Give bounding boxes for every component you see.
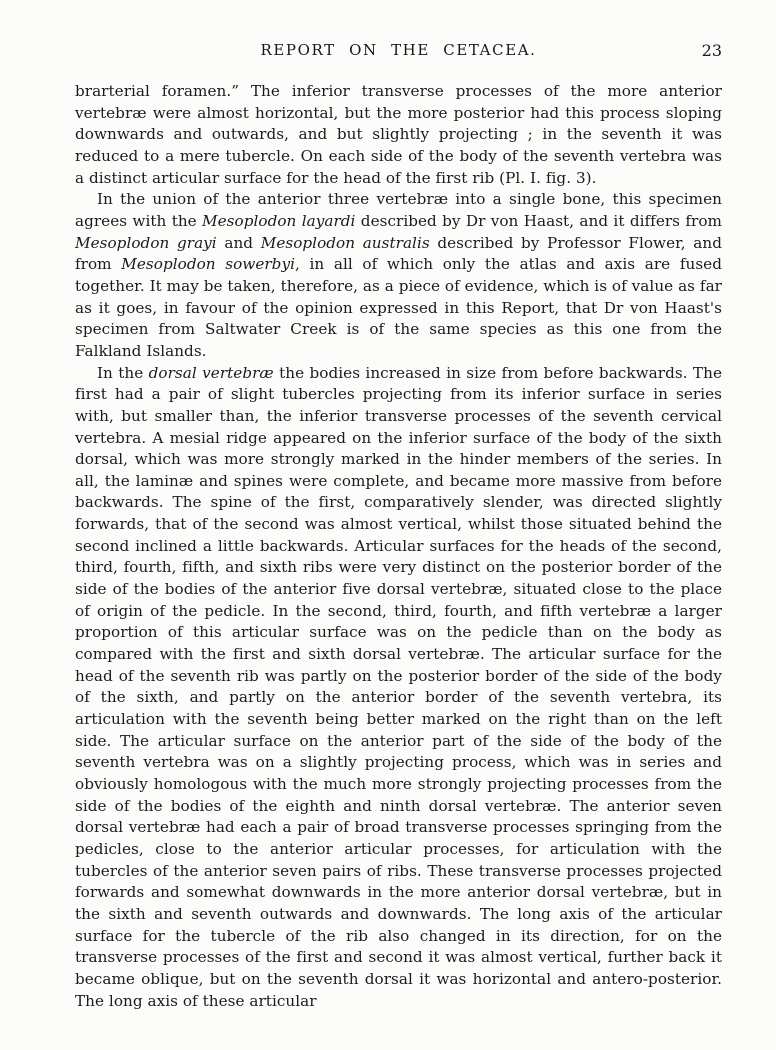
body-text: brarterial foramen.” The inferior transv…: [75, 81, 722, 1012]
text-segment-italic: Mesoplodon sowerbyi: [121, 255, 295, 273]
running-header-title: REPORT ON THE CETACEA.: [75, 41, 722, 59]
text-segment-italic: Mesoplodon australis: [261, 234, 430, 252]
text-segment: and: [217, 234, 261, 252]
text-segment-italic: dorsal vertebræ: [149, 364, 274, 382]
text-segment-italic: Mesoplodon layardi: [202, 212, 355, 230]
paragraph: In the union of the anterior three verte…: [75, 189, 722, 362]
page-number: 23: [702, 41, 722, 60]
document-page: REPORT ON THE CETACEA. 23 brarterial for…: [0, 0, 776, 1050]
text-segment-italic: Mesoplodon grayi: [75, 234, 217, 252]
running-header: REPORT ON THE CETACEA. 23: [75, 41, 722, 63]
text-segment: In the: [97, 364, 149, 382]
paragraph: brarterial foramen.” The inferior transv…: [75, 81, 722, 189]
paragraph: In the dorsal vertebræ the bodies increa…: [75, 363, 722, 1013]
text-segment: described by Dr von Haast, and it differ…: [355, 212, 722, 230]
text-segment: brarterial foramen.” The inferior transv…: [75, 82, 722, 187]
text-segment: the bodies increased in size from before…: [75, 364, 722, 1010]
